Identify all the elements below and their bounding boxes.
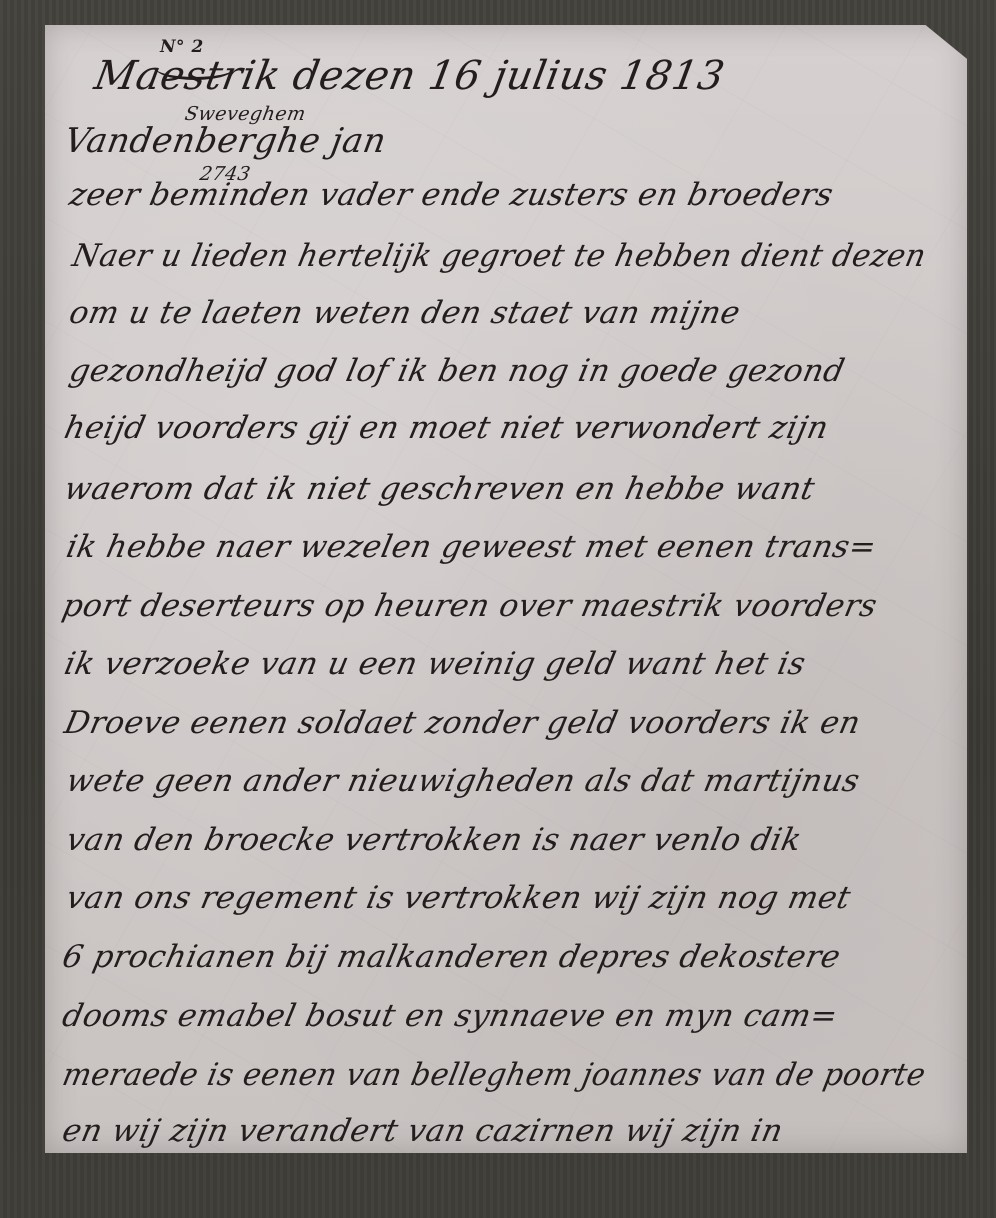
letter-line: ik hebbe naer wezelen geweest met eenen … xyxy=(63,529,880,565)
letter-line: ik verzoeke van u een weinig geld want h… xyxy=(61,646,809,682)
letter-line: dooms emabel bosut en synnaeve en myn ca… xyxy=(59,998,841,1034)
dateline: Maestrik dezen 16 julius 1813 xyxy=(91,53,728,99)
letter-line: 6 prochianen bij malkanderen depres deko… xyxy=(59,939,844,975)
letter-line: Naer u lieden hertelijk gegroet te hebbe… xyxy=(69,238,929,274)
letter-line: meraede is eenen van belleghem joannes v… xyxy=(59,1057,929,1093)
sender-name: Vandenberghe jan xyxy=(61,121,389,161)
letter-page: N° 2 Maestrik dezen 16 julius 1813 Sweve… xyxy=(45,25,967,1153)
letter-line: gezondheijd god lof ik ben nog in goede … xyxy=(66,353,848,389)
letter-line: waerom dat ik niet geschreven en hebbe w… xyxy=(61,471,818,507)
letter-line: heijd voorders gij en moet niet verwonde… xyxy=(61,410,832,446)
letter-line: zeer beminden vader ende zusters en broe… xyxy=(66,177,836,213)
letter-line: van den broecke vertrokken is naer venlo… xyxy=(63,822,805,858)
letter-line: om u te laeten weten den staet van mijne xyxy=(66,295,743,331)
letter-line: en wij zijn verandert van cazirnen wij z… xyxy=(59,1113,786,1149)
letter-line: wete geen ander nieuwigheden als dat mar… xyxy=(63,763,863,799)
letter-line: Droeve eenen soldaet zonder geld voorder… xyxy=(61,705,864,741)
letter-line: van ons regement is vertrokken wij zijn … xyxy=(63,880,854,916)
letter-line: port deserteurs op heuren over maestrik … xyxy=(59,588,880,624)
